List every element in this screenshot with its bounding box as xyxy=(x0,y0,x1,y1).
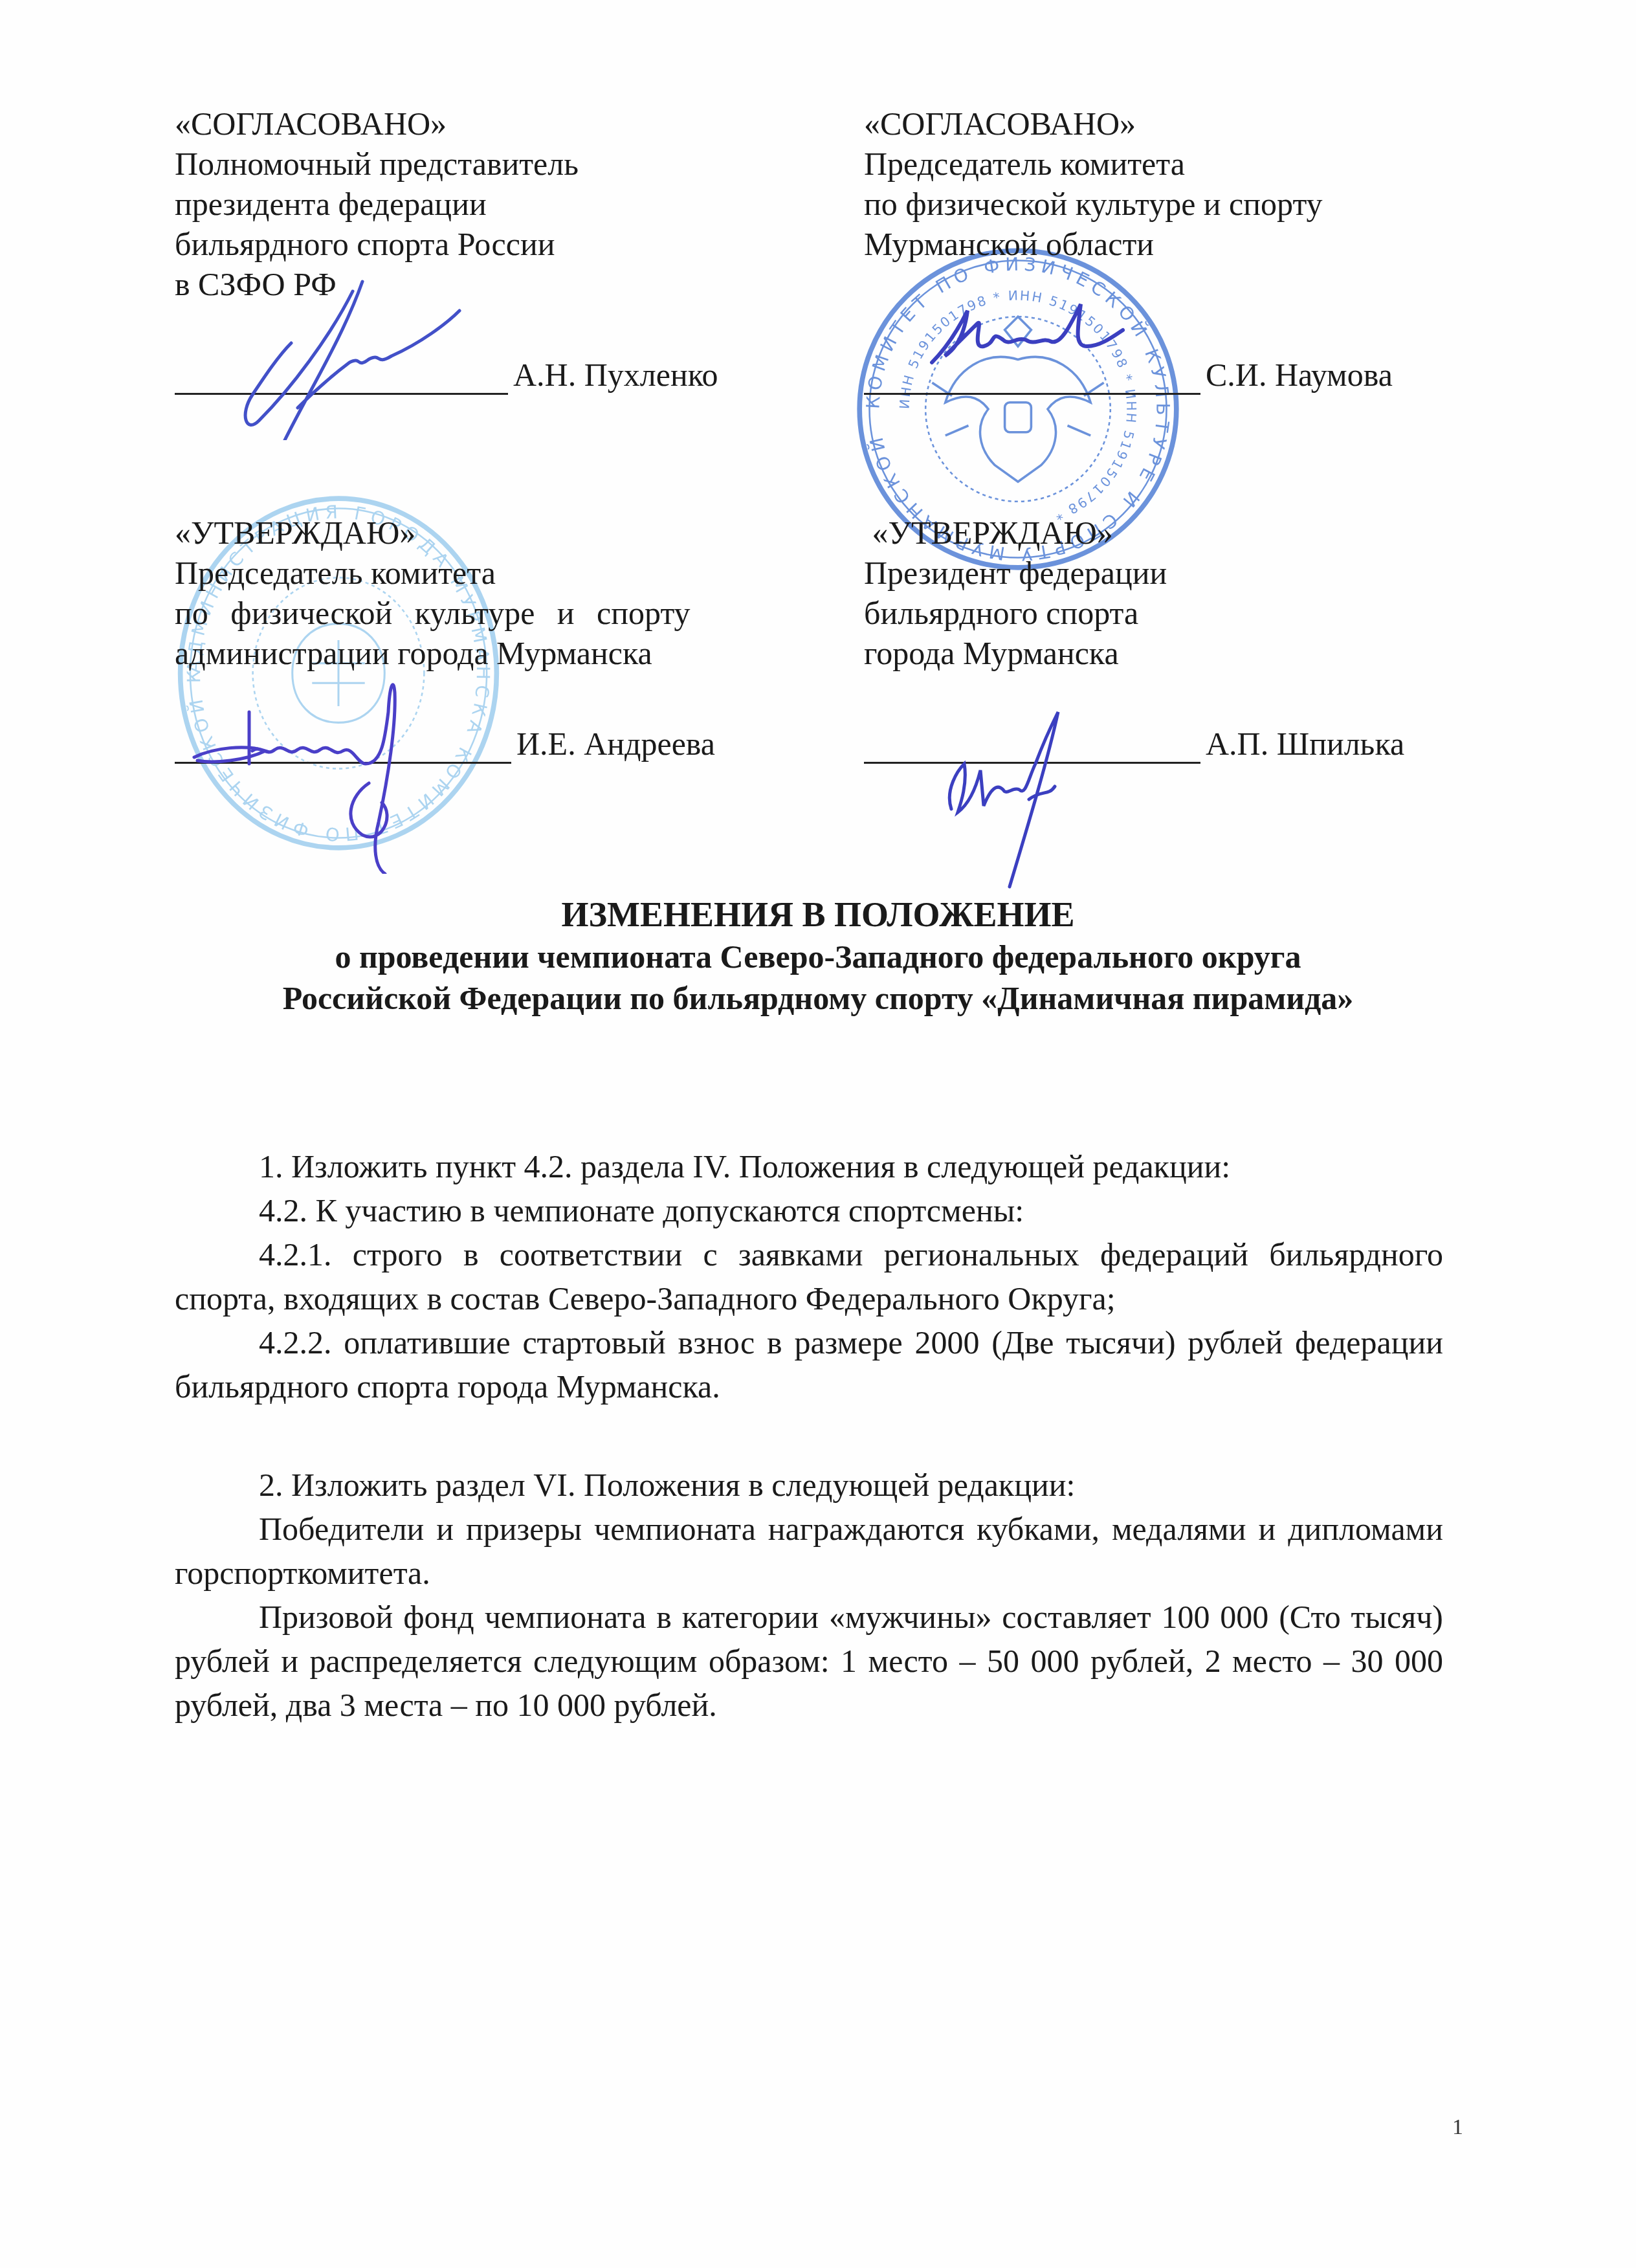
document-subtitle-line: о проведении чемпионата Северо-Западного… xyxy=(0,936,1636,977)
awards-paragraph: Победители и призеры чемпионата награжда… xyxy=(175,1507,1443,1595)
signatory-name: С.И. Наумова xyxy=(1206,355,1393,395)
approval-position-line: по физической культуре и спорту xyxy=(175,593,780,633)
amendment-item-1: 1. Изложить пункт 4.2. раздела IV. Полож… xyxy=(175,1144,1443,1188)
document-page: КОМИТЕТ ПО ФИЗИЧЕСКОЙ КУЛЬТУРЕ И СПОРТУ … xyxy=(0,0,1636,2268)
document-body: 1. Изложить пункт 4.2. раздела IV. Полож… xyxy=(175,1144,1443,1727)
prize-fund-paragraph: Призовой фонд чемпионата в категории «му… xyxy=(175,1595,1443,1727)
signatory-name: А.П. Шпилька xyxy=(1206,724,1404,764)
amendment-item-2: 2. Изложить раздел VI. Положения в следу… xyxy=(175,1463,1443,1507)
signature-underline xyxy=(864,362,1200,395)
approval-position-line-text: по физической культуре и спорту xyxy=(175,593,691,633)
approval-heading: «УТВЕРЖДАЮ» xyxy=(864,513,1472,553)
clause-4-2-2: 4.2.2. оплатившие стартовый взнос в разм… xyxy=(175,1320,1443,1408)
approval-block-agreed-representative: «СОГЛАСОВАНО» Полномочный представитель … xyxy=(175,104,783,395)
signature-underline xyxy=(175,362,508,395)
approval-heading: «СОГЛАСОВАНО» xyxy=(864,104,1472,144)
approval-position-line: бильярдного спорта России xyxy=(175,224,783,264)
signature-line: А.Н. Пухленко xyxy=(175,355,783,395)
approval-position-line: Президент федерации xyxy=(864,553,1472,593)
document-title: ИЗМЕНЕНИЯ В ПОЛОЖЕНИЕ xyxy=(0,893,1636,936)
signatory-name: И.Е. Андреева xyxy=(516,724,715,764)
approval-position-line: в СЗФО РФ xyxy=(175,264,783,304)
approval-block-approved-federation-president: «УТВЕРЖДАЮ» Президент федерации бильярдн… xyxy=(864,513,1472,764)
document-title-block: ИЗМЕНЕНИЯ В ПОЛОЖЕНИЕ о проведении чемпи… xyxy=(0,893,1636,1019)
clause-4-2: 4.2. К участию в чемпионате допускаются … xyxy=(175,1188,1443,1232)
document-subtitle-line: Российской Федерации по бильярдному спор… xyxy=(0,977,1636,1019)
approval-position-line: администрации города Мурманска xyxy=(175,633,783,673)
approval-block-approved-city-committee: «УТВЕРЖДАЮ» Председатель комитета по физ… xyxy=(175,513,783,764)
clause-4-2-1: 4.2.1. строго в соответствии с заявками … xyxy=(175,1232,1443,1320)
signatory-name: А.Н. Пухленко xyxy=(513,355,718,395)
approval-position-line: бильярдного спорта xyxy=(864,593,1472,633)
page-number: 1 xyxy=(1452,2115,1463,2140)
approval-position-line: по физической культуре и спорту xyxy=(864,184,1472,224)
signature-underline xyxy=(175,731,511,764)
paragraph-gap xyxy=(175,1408,1443,1463)
approval-heading: «СОГЛАСОВАНО» xyxy=(175,104,783,144)
approval-position-line: Председатель комитета xyxy=(864,144,1472,184)
signature-line: И.Е. Андреева xyxy=(175,724,783,764)
approval-position-line: Мурманской области xyxy=(864,224,1472,264)
approval-position-line: Полномочный представитель xyxy=(175,144,783,184)
approval-position-line: города Мурманска xyxy=(864,633,1472,673)
signature-line: С.И. Наумова xyxy=(864,355,1472,395)
signature-underline xyxy=(864,731,1200,764)
approval-position-line: президента федерации xyxy=(175,184,783,224)
approval-block-agreed-regional-committee: «СОГЛАСОВАНО» Председатель комитета по ф… xyxy=(864,104,1472,395)
signature-line: А.П. Шпилька xyxy=(864,724,1472,764)
approval-position-line: Председатель комитета xyxy=(175,553,783,593)
approval-heading: «УТВЕРЖДАЮ» xyxy=(175,513,783,553)
